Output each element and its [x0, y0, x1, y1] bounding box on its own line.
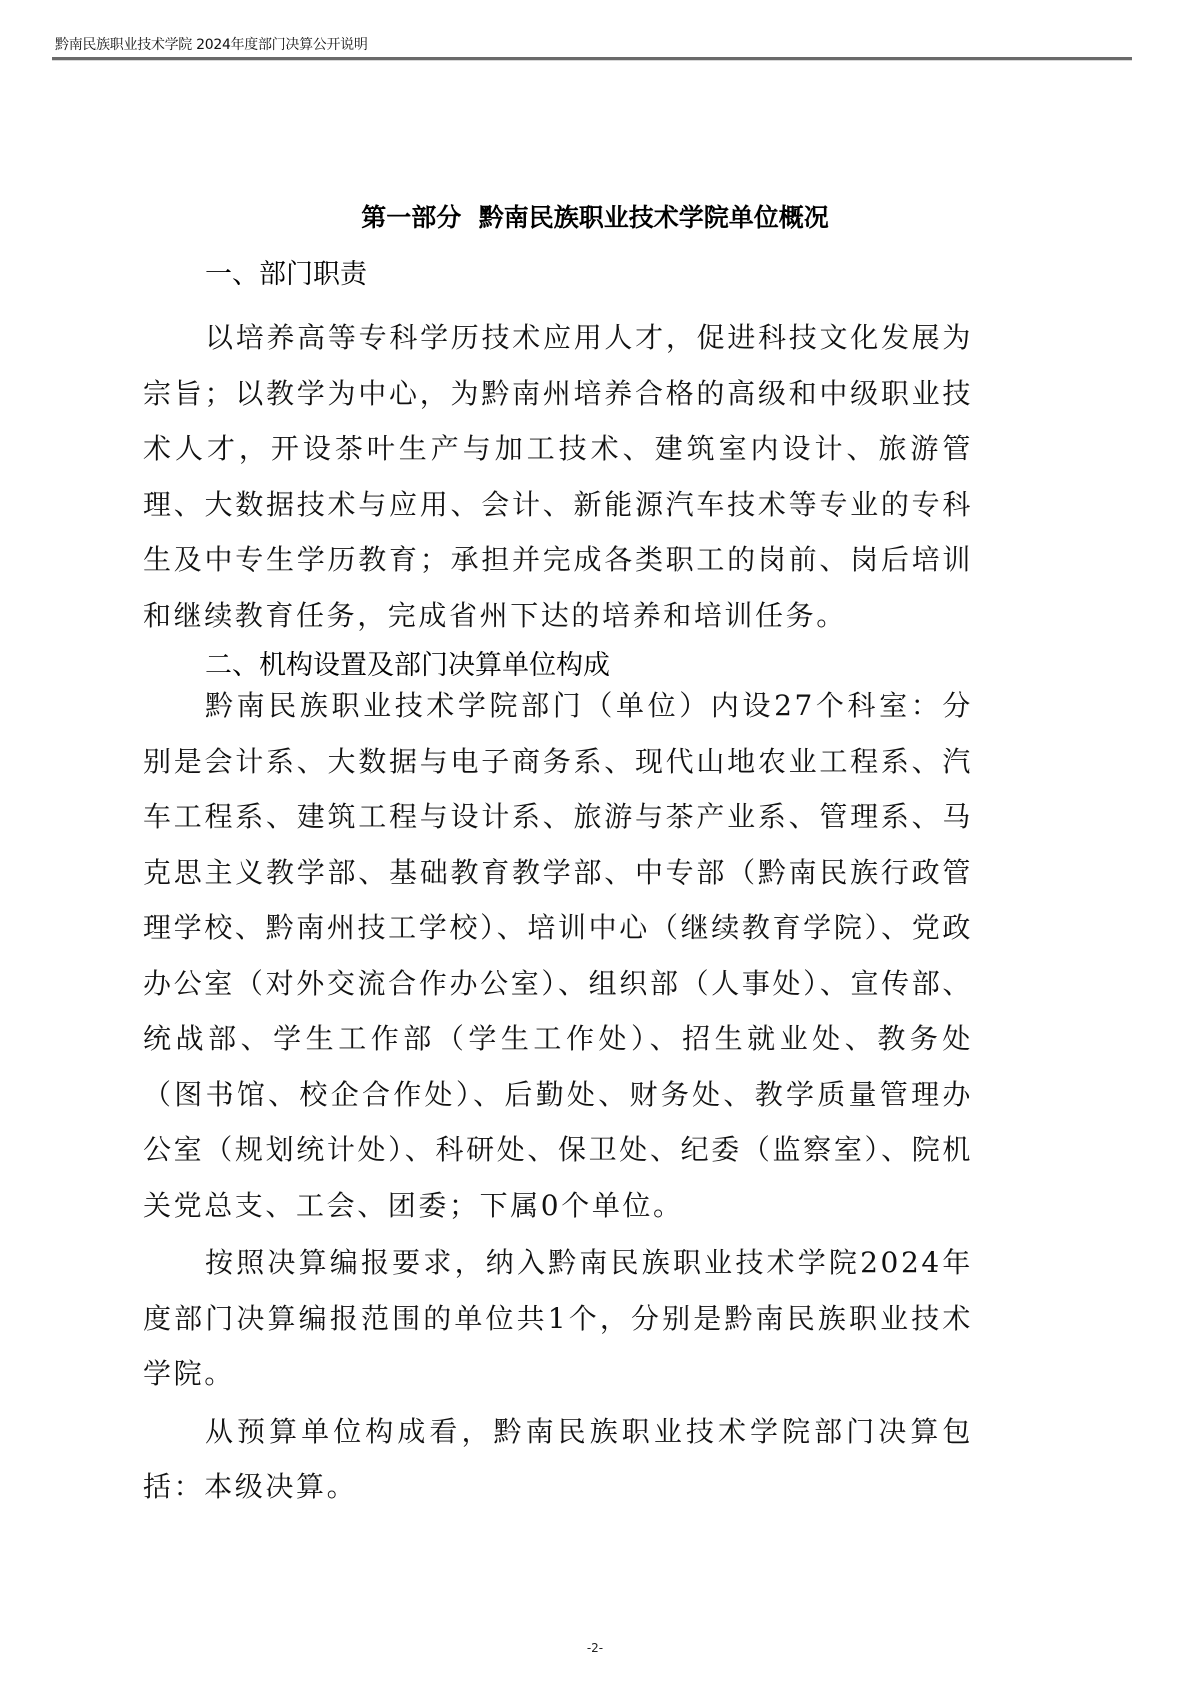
- section-heading-structure: 二、机构设置及部门决算单位构成: [205, 643, 610, 682]
- part-title: 第一部分 黔南民族职业技术学院单位概况: [0, 198, 1190, 234]
- paragraph: 从预算单位构成看，黔南民族职业技术学院部门决算包括：本级决算。: [143, 1404, 973, 1515]
- paragraph: 按照决算编报要求，纳入黔南民族职业技术学院2024年度部门决算编报范围的单位共1…: [143, 1235, 973, 1402]
- section-body-duties: 以培养高等专科学历技术应用人才，促进科技文化发展为宗旨；以教学为中心，为黔南州培…: [143, 310, 973, 643]
- section-heading-duties: 一、部门职责: [205, 252, 367, 291]
- page-number: -2-: [0, 1641, 1190, 1655]
- header-rule: [52, 57, 1132, 61]
- section-body-structure: 黔南民族职业技术学院部门（单位）内设27个科室：分别是会计系、大数据与电子商务系…: [143, 678, 973, 1515]
- running-header: 黔南民族职业技术学院 2024年度部门决算公开说明: [55, 34, 368, 54]
- paragraph: 以培养高等专科学历技术应用人才，促进科技文化发展为宗旨；以教学为中心，为黔南州培…: [143, 310, 973, 643]
- paragraph: 黔南民族职业技术学院部门（单位）内设27个科室：分别是会计系、大数据与电子商务系…: [143, 678, 973, 1233]
